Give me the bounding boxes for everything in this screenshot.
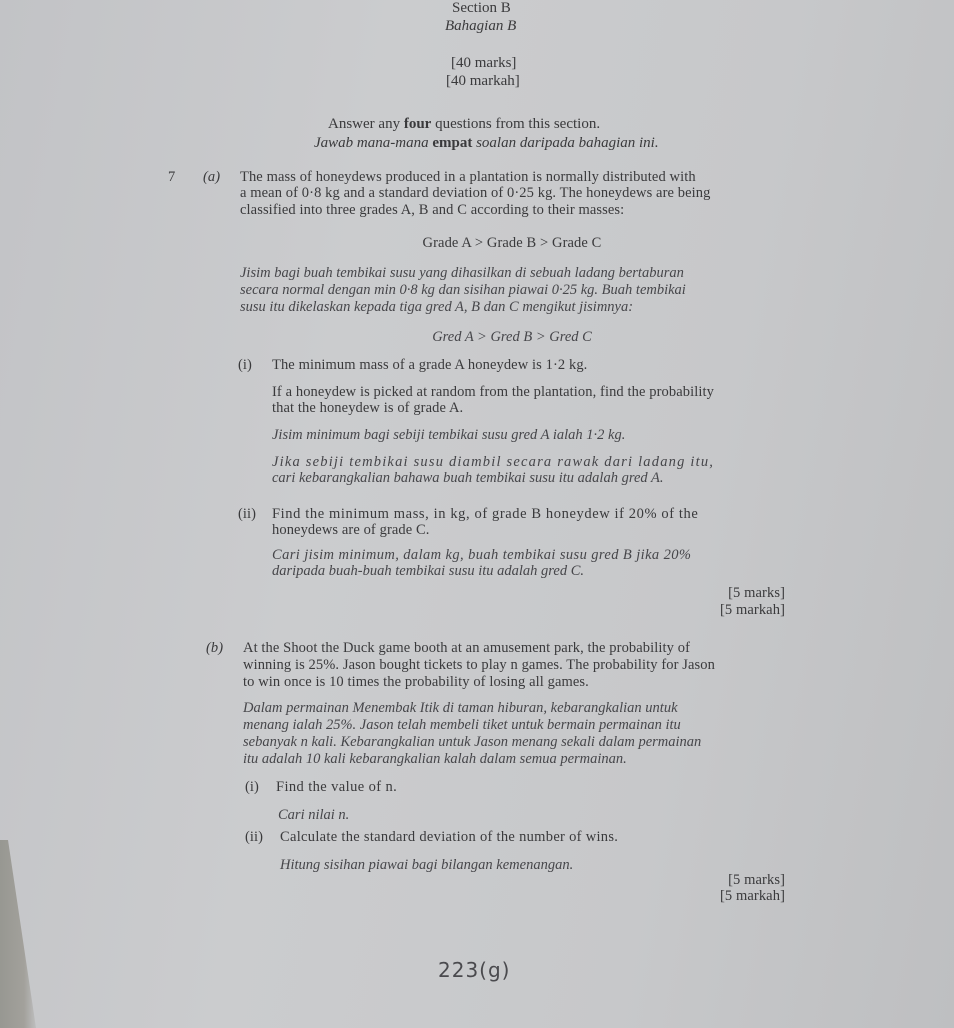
grade-order-en: Grade A > Grade B > Grade C bbox=[362, 236, 662, 252]
part-a-stem-ms-2: secara normal dengan min 0·8 kg dan sisi… bbox=[240, 283, 686, 299]
part-a-i-line2-en-1: If a honeydew is picked at random from t… bbox=[272, 385, 714, 401]
question-number: 7 bbox=[168, 170, 175, 186]
part-b-stem-ms-3: sebanyak n kali. Kebarangkalian untuk Ja… bbox=[243, 735, 701, 751]
grade-order-ms: Gred A > Gred B > Gred C bbox=[382, 330, 642, 346]
part-a-stem-ms-1: Jisim bagi buah tembikai susu yang dihas… bbox=[240, 266, 684, 282]
part-b-marks-ms: [5 markah] bbox=[660, 889, 785, 905]
part-a-ii-ms-1: Cari jisim minimum, dalam kg, buah tembi… bbox=[272, 548, 691, 564]
part-a-i-line2-ms-2: cari kebarangkalian bahawa buah tembikai… bbox=[272, 471, 663, 487]
part-a-ii-en-1: Find the minimum mass, in kg, of grade B… bbox=[272, 507, 698, 523]
part-b-label: (b) bbox=[206, 641, 223, 657]
part-b-ii-label: (ii) bbox=[245, 830, 263, 846]
part-b-stem-en-1: At the Shoot the Duck game booth at an a… bbox=[243, 641, 690, 657]
exam-paper: Section B Bahagian B [40 marks] [40 mark… bbox=[0, 0, 954, 1028]
part-a-stem-ms-3: susu itu dikelaskan kepada tiga gred A, … bbox=[240, 300, 633, 316]
part-a-stem-en-3: classified into three grades A, B and C … bbox=[240, 203, 624, 219]
part-a-i-line2-en-2: that the honeydew is of grade A. bbox=[272, 401, 463, 417]
instruction-en: Answer any four questions from this sect… bbox=[328, 116, 600, 132]
part-a-i-label: (i) bbox=[238, 358, 252, 374]
total-marks-ms: [40 markah] bbox=[446, 73, 520, 89]
total-marks-en: [40 marks] bbox=[451, 55, 516, 71]
part-b-stem-en-3: to win once is 10 times the probability … bbox=[243, 675, 589, 691]
part-b-stem-ms-1: Dalam permainan Menembak Itik di taman h… bbox=[243, 701, 678, 717]
part-b-i-ms: Cari nilai n. bbox=[278, 808, 349, 824]
part-a-i-line2-ms-1: Jika sebiji tembikai susu diambil secara… bbox=[272, 455, 714, 471]
part-a-marks-ms: [5 markah] bbox=[660, 603, 785, 619]
part-b-marks-en: [5 marks] bbox=[660, 873, 785, 889]
part-a-marks-en: [5 marks] bbox=[660, 586, 785, 602]
part-b-ii-en: Calculate the standard deviation of the … bbox=[280, 830, 618, 846]
paper-edge-shadow bbox=[0, 840, 40, 1028]
part-a-label: (a) bbox=[203, 170, 220, 186]
part-b-stem-en-2: winning is 25%. Jason bought tickets to … bbox=[243, 658, 715, 674]
part-a-ii-label: (ii) bbox=[238, 507, 256, 523]
part-a-ii-ms-2: daripada buah-buah tembikai susu itu ada… bbox=[272, 564, 584, 580]
part-b-i-en: Find the value of n. bbox=[276, 780, 397, 796]
section-title-en: Section B bbox=[452, 0, 511, 16]
part-b-ii-ms: Hitung sisihan piawai bagi bilangan keme… bbox=[280, 858, 573, 874]
part-a-ii-en-2: honeydews are of grade C. bbox=[272, 523, 430, 539]
part-a-stem-en-2: a mean of 0·8 kg and a standard deviatio… bbox=[240, 186, 710, 202]
instruction-ms: Jawab mana-mana empat soalan daripada ba… bbox=[314, 135, 659, 151]
part-b-stem-ms-2: menang ialah 25%. Jason telah membeli ti… bbox=[243, 718, 681, 734]
part-a-i-line1-en: The minimum mass of a grade A honeydew i… bbox=[272, 358, 587, 374]
section-title-ms: Bahagian B bbox=[445, 18, 516, 34]
handwritten-note: 223(g) bbox=[438, 958, 510, 982]
part-a-i-line1-ms: Jisim minimum bagi sebiji tembikai susu … bbox=[272, 428, 625, 444]
part-a-stem-en-1: The mass of honeydews produced in a plan… bbox=[240, 170, 696, 186]
part-b-i-label: (i) bbox=[245, 780, 259, 796]
part-b-stem-ms-4: itu adalah 10 kali kebarangkalian kalah … bbox=[243, 752, 627, 768]
